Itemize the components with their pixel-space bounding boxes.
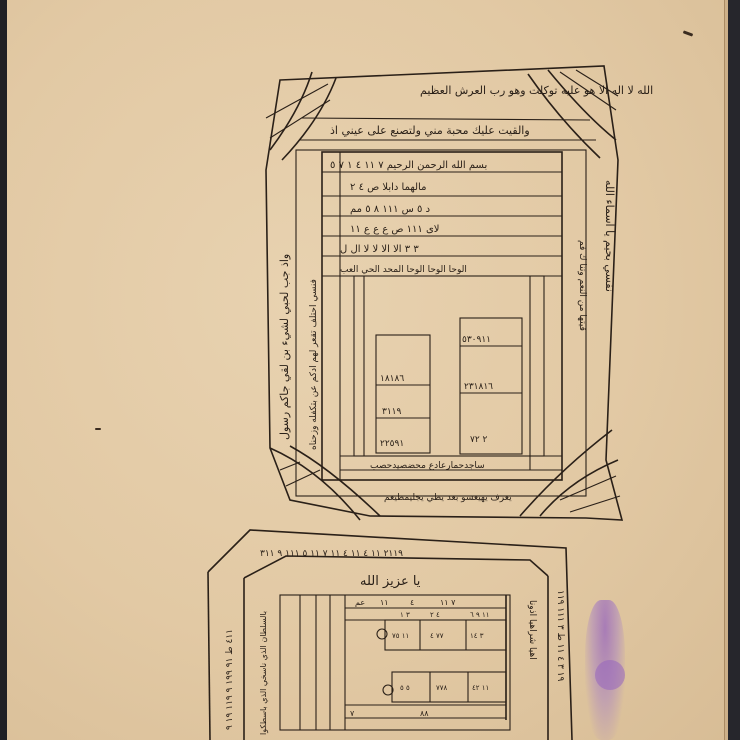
upper-inner-right-cell-2: ٢٣١٨١٦ — [464, 382, 493, 392]
upper-right-band-outer: نفسي بحيم يا اسماء الله — [603, 180, 616, 292]
lower-left-inner-text: بالسلطان الذي ناسخي الذي باسطكوا — [259, 611, 268, 735]
upper-inner-left-cell-1: ١٨١٨٦ — [380, 374, 404, 384]
lower-grid-second-row: ٣ ١ — [400, 611, 410, 619]
lower-inner-cell: ١١ ٤٢ — [472, 684, 489, 692]
upper-second-band-text: والقيت عليك محبة مني ولتصنع على عيني اذ — [330, 124, 530, 137]
upper-bottom-band-outer: يعرف يهيعسو بعد يطي يجليمطيعم — [384, 493, 512, 503]
lower-left-border-numbers: ٤١١ ط ٩١ ١٩٩ ٩ ١١٩ ١٩ ٩ — [225, 629, 235, 730]
lower-inner-cell: ٧٧ ٤ — [430, 632, 444, 640]
lower-inner-cell: ٧٧٨ — [436, 684, 448, 692]
lower-right-inner-text: اهيا شراهيا اذونا — [527, 600, 537, 660]
lower-bottom-numbers: ٨٨ — [420, 709, 429, 718]
photo-frame-right — [728, 0, 740, 740]
upper-grid-row-4: لاى ١١١ ص ع ع ع ١١ — [350, 224, 439, 235]
lower-inner-cell: ١١ ٧٥ — [392, 632, 409, 640]
lower-right-border-numbers: ١٩ ٣ ٤ ١١ ط ٣ ١١١ ١١٩ — [555, 590, 565, 681]
upper-inner-right-cell-3: ٢ ٧٢ — [470, 435, 488, 445]
lower-grid-top-row: ٧ ١١ — [440, 598, 456, 607]
upper-right-band-inner: قيتها من النعم وتنا ك فم — [577, 240, 587, 331]
upper-top-band-text: الله لا اله الا هو عليه توكلت وهو رب الع… — [420, 84, 653, 97]
upper-talisman: الله لا اله الا هو عليه توكلت وهو رب الع… — [266, 66, 653, 520]
upper-grid-row-6: الوحا الوحا الوحا المحد الحي العب — [340, 265, 467, 275]
upper-inner-left-cell-3: ٢٢٥٩١ — [380, 439, 404, 449]
lower-grid-second-row: ٤ ٢ — [430, 611, 440, 619]
upper-grid-row-5: ٣ ٣ الا الا لا لا ال ل — [340, 244, 419, 255]
lower-grid-second-row: ١١ ٩ ٦ — [470, 611, 490, 619]
upper-grid-row-2: مالهما دابلا ص ٤ ٢ — [350, 182, 426, 193]
lower-title: يا عزيز الله — [360, 574, 421, 589]
upper-bottom-band-inner: ساجدحمارعادع محضصيدحصب — [370, 461, 485, 471]
lower-top-border-numbers: ٢١١٩ ١١ ٤ ١١ ٤ ١١ ٧ ١١ ٥ ١١١ ٩ ٣١١ — [260, 549, 403, 559]
lower-grid-top-row: ٤ — [410, 598, 414, 607]
photo-frame-left — [0, 0, 7, 740]
upper-left-band-outer: واذ جب لحبي لشيء بن لقي جاكم رسول — [278, 254, 291, 440]
upper-inner-left-cell-2: ٣١١٩ — [382, 407, 402, 417]
upper-inner-right-cell-1: ٥٣٠٩١١ — [462, 335, 491, 345]
upper-grid-row-1: بسم الله الرحمن الرحيم ٧ ١١ ٤ ١ ٧ ٥ — [330, 160, 487, 171]
lower-bottom-numbers: ٧ — [350, 709, 355, 718]
lower-grid-top-row: ١١ — [380, 598, 389, 607]
lower-inner-cell: ٥ ٥ — [400, 684, 410, 692]
lower-grid-top-row: عم — [355, 598, 365, 607]
upper-grid-row-3: د ٥ س ١١١ ٨ ٥ مم — [350, 204, 430, 215]
lower-talisman: يا عزيز الله ٢١١٩ ١١ ٤ ١١ ٤ ١١ ٧ ١١ ٥ ١١… — [208, 530, 572, 740]
lower-inner-cell: ٣ ١٤ — [470, 632, 484, 640]
manuscript-page: الله لا اله الا هو عليه توكلت وهو رب الع… — [7, 0, 726, 740]
purple-ink-stain — [595, 660, 625, 690]
upper-left-band-inner: فنسي احتلف تقعر لهم ادكم عن بتكفله وزحنا… — [309, 279, 319, 450]
